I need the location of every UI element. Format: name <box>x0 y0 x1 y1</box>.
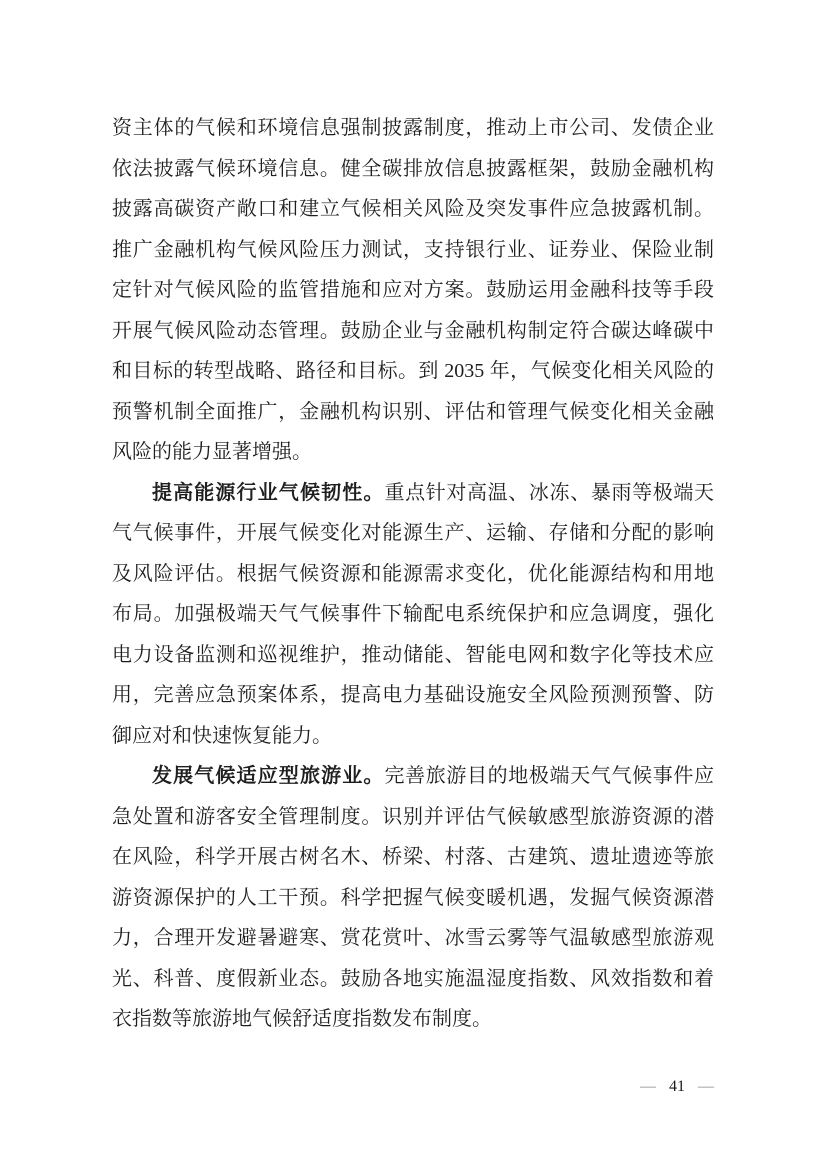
text-line: 用，完善应急预案体系，提高电力基础设施安全风险预测预警、防 <box>112 675 714 716</box>
text-run: 定针对气候风险的监管措施和应对方案。鼓励运用金融科技等手段 <box>112 279 714 301</box>
text-line: 推广金融机构气候风险压力测试，支持银行业、证券业、保险业制 <box>112 230 714 271</box>
text-run: 披露高碳资产敞口和建立气候相关风险及突发事件应急披露机制。 <box>112 198 714 220</box>
text-line: 和目标的转型战略、路径和目标。到 2035 年，气候变化相关风险的 <box>112 351 714 392</box>
text-run: 游资源保护的人工干预。科学把握气候变暖机遇，发掘气候资源潜 <box>112 887 714 909</box>
text-line: 定针对气候风险的监管措施和应对方案。鼓励运用金融科技等手段 <box>112 270 714 311</box>
text-line: 在风险，科学开展古树名木、桥梁、村落、古建筑、遗址遗迹等旅 <box>112 837 714 878</box>
text-run: 用，完善应急预案体系，提高电力基础设施安全风险预测预警、防 <box>112 684 714 706</box>
text-run: 光、科普、度假新业态。鼓励各地实施温湿度指数、风效指数和着 <box>112 968 714 990</box>
text-line: 衣指数等旅游地气候舒适度指数发布制度。 <box>112 999 714 1040</box>
text-line: 披露高碳资产敞口和建立气候相关风险及突发事件应急披露机制。 <box>112 189 714 230</box>
page-number-dash-right: — <box>698 1078 714 1095</box>
text-run: 气气候事件，开展气候变化对能源生产、运输、存储和分配的影响 <box>112 522 714 544</box>
text-line: 提高能源行业气候韧性。重点针对高温、冰冻、暴雨等极端天 <box>112 473 714 514</box>
document-page: 资主体的气候和环境信息强制披露制度，推动上市公司、发债企业依法披露气候环境信息。… <box>0 0 826 1169</box>
text-line: 资主体的气候和环境信息强制披露制度，推动上市公司、发债企业 <box>112 108 714 149</box>
paragraph-lead-bold: 提高能源行业气候韧性。 <box>152 482 384 504</box>
text-line: 布局。加强极端天气气候事件下输配电系统保护和应急调度，强化 <box>112 594 714 635</box>
document-body: 资主体的气候和环境信息强制披露制度，推动上市公司、发债企业依法披露气候环境信息。… <box>112 108 714 1040</box>
text-line: 及风险评估。根据气候资源和能源需求变化，优化能源结构和用地 <box>112 554 714 595</box>
text-run: 重点针对高温、冰冻、暴雨等极端天 <box>384 482 714 504</box>
paragraph-lead-bold: 发展气候适应型旅游业。 <box>152 765 384 787</box>
text-line: 气气候事件，开展气候变化对能源生产、运输、存储和分配的影响 <box>112 513 714 554</box>
text-line: 急处置和游客安全管理制度。识别并评估气候敏感型旅游资源的潜 <box>112 797 714 838</box>
text-run: 在风险，科学开展古树名木、桥梁、村落、古建筑、遗址遗迹等旅 <box>112 846 714 868</box>
text-run: 和目标的转型战略、路径和目标。到 2035 年，气候变化相关风险的 <box>112 360 714 382</box>
text-line: 御应对和快速恢复能力。 <box>112 716 714 757</box>
text-line: 光、科普、度假新业态。鼓励各地实施温湿度指数、风效指数和着 <box>112 959 714 1000</box>
text-run: 衣指数等旅游地气候舒适度指数发布制度。 <box>112 1008 492 1030</box>
text-run: 风险的能力显著增强。 <box>112 441 312 463</box>
text-run: 完善旅游目的地极端天气气候事件应 <box>384 765 714 787</box>
text-run: 布局。加强极端天气气候事件下输配电系统保护和应急调度，强化 <box>112 603 714 625</box>
text-line: 依法披露气候环境信息。健全碳排放信息披露框架，鼓励金融机构 <box>112 149 714 190</box>
text-line: 游资源保护的人工干预。科学把握气候变暖机遇，发掘气候资源潜 <box>112 878 714 919</box>
text-run: 急处置和游客安全管理制度。识别并评估气候敏感型旅游资源的潜 <box>112 806 714 828</box>
page-number: 41 <box>669 1078 685 1095</box>
text-run: 力，合理开发避暑避寒、赏花赏叶、冰雪云雾等气温敏感型旅游观 <box>112 927 714 949</box>
text-run: 资主体的气候和环境信息强制披露制度，推动上市公司、发债企业 <box>112 117 714 139</box>
text-run: 电力设备监测和巡视维护，推动储能、智能电网和数字化等技术应 <box>112 644 714 666</box>
text-line: 预警机制全面推广，金融机构识别、评估和管理气候变化相关金融 <box>112 392 714 433</box>
text-line: 电力设备监测和巡视维护，推动储能、智能电网和数字化等技术应 <box>112 635 714 676</box>
text-run: 御应对和快速恢复能力。 <box>112 725 332 747</box>
page-number-dash-left: — <box>640 1078 656 1095</box>
text-line: 风险的能力显著增强。 <box>112 432 714 473</box>
text-run: 预警机制全面推广，金融机构识别、评估和管理气候变化相关金融 <box>112 401 714 423</box>
page-footer: —41— <box>640 1076 714 1098</box>
text-line: 力，合理开发避暑避寒、赏花赏叶、冰雪云雾等气温敏感型旅游观 <box>112 918 714 959</box>
text-line: 发展气候适应型旅游业。完善旅游目的地极端天气气候事件应 <box>112 756 714 797</box>
text-run: 依法披露气候环境信息。健全碳排放信息披露框架，鼓励金融机构 <box>112 158 714 180</box>
text-run: 推广金融机构气候风险压力测试，支持银行业、证券业、保险业制 <box>112 239 714 261</box>
text-run: 及风险评估。根据气候资源和能源需求变化，优化能源结构和用地 <box>112 563 714 585</box>
text-run: 开展气候风险动态管理。鼓励企业与金融机构制定符合碳达峰碳中 <box>112 320 714 342</box>
text-line: 开展气候风险动态管理。鼓励企业与金融机构制定符合碳达峰碳中 <box>112 311 714 352</box>
